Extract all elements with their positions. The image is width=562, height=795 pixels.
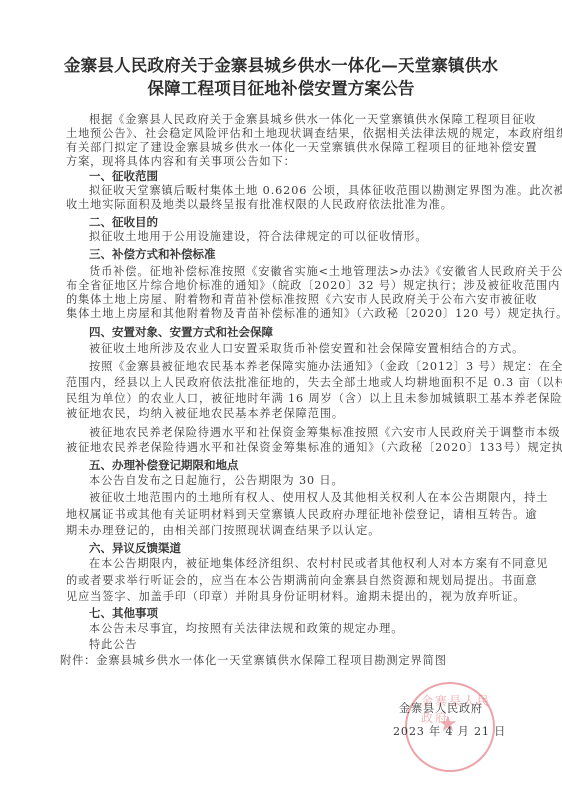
section-text: 的集体土地上房屋、附着物和青苗补偿标准按照《六安市人民政府关于公布六安市被征收 bbox=[66, 293, 537, 307]
intro-line: 有关部门拟定了建设金寨县城乡供水一体化一天堂寨镇供水保障工程项目的征地补偿安置 bbox=[66, 141, 537, 155]
section-text: 民组为单位）的农业人口，被征地时年满 16 周岁（含）以上且未参加城镇职工基本养… bbox=[66, 392, 562, 406]
section-text: 被征收土地范围内的土地所有权人、使用权人及其他相关权利人在本公告期限内，持土 bbox=[89, 491, 548, 505]
section-text: 期未办理登记的，由相关部门按照现状调查结果予以认定。 bbox=[66, 524, 380, 538]
section-text: 拟征收土地用于公用设施建设，符合法律规定的可以征收情形。 bbox=[89, 230, 427, 244]
issue-date: 2023 年 4 月 21 日 bbox=[393, 723, 506, 739]
section-text: 被征收土地所涉及农业人口安置采取货币补偿安置和社会保障安置相结合的方式。 bbox=[89, 342, 524, 356]
section-text: 布全省征地区片综合地价标准的通知》（皖政〔2020〕32 号）规定执行；涉及被征… bbox=[66, 279, 560, 293]
section-text: 范围内，经县以上人民政府依法批准征地的，失去全部土地或人均耕地面积不足 0.3 … bbox=[66, 376, 562, 390]
section-text: 集体土地上房屋和其他附着物及青苗补偿标准的通知》（六政秘〔2020〕120 号）… bbox=[66, 307, 562, 321]
section-heading-6: 六、异议反馈渠道 bbox=[89, 541, 181, 555]
section-text: 在本公告期限内，被征地集体经济组织、农村村民或者其他权利人对本方案有不同意见 bbox=[89, 557, 548, 571]
document-title-line2: 保障工程项目征地补偿安置方案公告 bbox=[0, 75, 562, 99]
section-text: 的或者要求举行听证会的，应当在本公告期满前向金寨县自然资源和规划局提出。书面意 bbox=[66, 574, 537, 588]
section-heading-2: 二、征收目的 bbox=[89, 215, 158, 229]
section-text: 被征地农民，均纳入被征地农民基本养老保障范围。 bbox=[66, 407, 344, 421]
section-text: 货币补偿。征地补偿标准按照《安徽省实施<土地管理法>办法》《安徽省人民政府关于公 bbox=[89, 265, 562, 279]
section-text: 本公告自发布之日起施行，公告期限为 30 日。 bbox=[89, 474, 344, 488]
section-text: 收土地实际面积及地类以最终呈报有批准权限的人民政府依法批准为准。 bbox=[66, 198, 453, 212]
section-text: 地权属证书或其他有关证明材料到天堂寨镇人民政府办理征地补偿登记，请相互转告。逾 bbox=[66, 508, 537, 522]
section-heading-1: 一、征收范围 bbox=[89, 169, 158, 183]
closing-text: 特此公告 bbox=[89, 638, 137, 652]
section-text: 被征地农民养老保险待遇水平和社保资金筹集标准按照《六安市人民政府关于调整市本级 bbox=[89, 426, 560, 440]
intro-line: 土地预公告》、社会稳定风险评估和土地现状调查结果，依据相关法律法规的规定，本政府… bbox=[66, 127, 562, 141]
section-heading-5: 五、办理补偿登记期限和地点 bbox=[89, 458, 239, 472]
section-text: 被征地农民养老保险待遇水平和社保资金筹集标准的通知》（六政秘〔2020〕133号… bbox=[66, 441, 562, 455]
section-heading-4: 四、安置对象、安置方式和社会保障 bbox=[89, 325, 273, 339]
document-title-line1: 金寨县人民政府关于金寨县城乡供水一体化—天堂寨镇供水 bbox=[0, 52, 562, 76]
section-text: 见应当签字、加盖手印（印章）并附具身份证明材料。逾期未提出的，视为放弃听证。 bbox=[66, 590, 525, 604]
intro-line: 根据《金寨县人民政府关于金寨县城乡供水一体化一天堂寨镇供水保障工程项目征收 bbox=[89, 113, 536, 127]
section-heading-3: 三、补偿方式和补偿标准 bbox=[89, 247, 216, 261]
attachment-line: 附件：金寨县城乡供水一体化一天堂寨镇供水保障工程项目勘测定界简图 bbox=[60, 652, 447, 668]
intro-line: 方案，现将具体内容和有关事项公告如下： bbox=[66, 155, 296, 169]
section-text: 拟征收天堂寨镇后畈村集体土地 0.6206 公顷，具体征收范围以勘测定界图为准。… bbox=[89, 184, 562, 198]
issuer-name: 金寨县人民政府 bbox=[399, 700, 483, 716]
section-text: 本公告未尽事宜，均按照有关法律法规和政策的规定办理。 bbox=[89, 622, 403, 636]
section-text: 按照《金寨县被征地农民基本养老保障实施办法通知》（金政〔2012〕3 号）规定：… bbox=[89, 360, 562, 374]
section-heading-7: 七、其他事项 bbox=[89, 606, 158, 620]
